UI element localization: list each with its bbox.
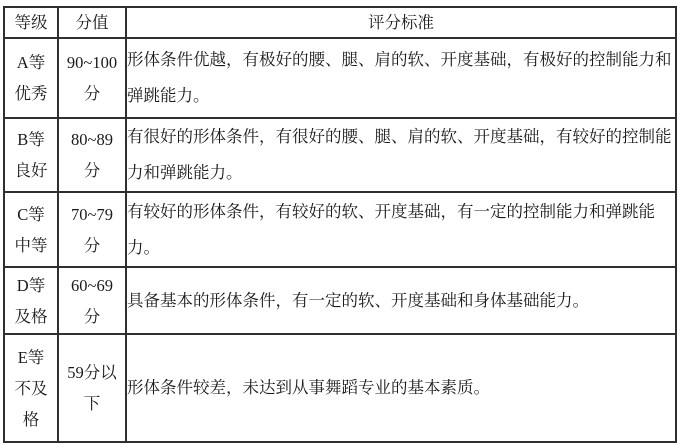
criteria-cell: 形体条件优越，有极好的腰、腿、肩的软、开度基础，有极好的控制能力和弹跳能力。 xyxy=(126,38,676,118)
table-row-grade-b: B等 良好 80~89 分 有很好的形体条件，有很好的腰、腿、肩的软、开度基础，… xyxy=(4,118,676,192)
table-header-row: 等级 分值 评分标准 xyxy=(4,7,676,38)
score-cell: 70~79 分 xyxy=(58,192,126,267)
header-score: 分值 xyxy=(58,7,126,38)
header-grade: 等级 xyxy=(4,7,58,38)
grade-cell: E等 不及 格 xyxy=(4,334,58,442)
table-row-grade-c: C等 中等 70~79 分 有较好的形体条件，有较好的软、开度基础，有一定的控制… xyxy=(4,192,676,267)
table-row-grade-e: E等 不及 格 59分以 下 形体条件较差，未达到从事舞蹈专业的基本素质。 xyxy=(4,334,676,442)
criteria-cell: 有较好的形体条件，有较好的软、开度基础，有一定的控制能力和弹跳能力。 xyxy=(126,192,676,267)
criteria-cell: 具备基本的形体条件，有一定的软、开度基础和身体基础能力。 xyxy=(126,267,676,334)
grading-rubric-table: 等级 分值 评分标准 A等 优秀 90~100 分 形体条件优越，有极好的腰、腿… xyxy=(3,6,677,443)
grade-cell: A等 优秀 xyxy=(4,38,58,118)
criteria-cell: 有很好的形体条件，有很好的腰、腿、肩的软、开度基础，有较好的控制能力和弹跳能力。 xyxy=(126,118,676,192)
grade-cell: D等 及格 xyxy=(4,267,58,334)
score-cell: 80~89 分 xyxy=(58,118,126,192)
score-cell: 59分以 下 xyxy=(58,334,126,442)
score-cell: 60~69 分 xyxy=(58,267,126,334)
grade-cell: B等 良好 xyxy=(4,118,58,192)
grade-cell: C等 中等 xyxy=(4,192,58,267)
table-row-grade-d: D等 及格 60~69 分 具备基本的形体条件，有一定的软、开度基础和身体基础能… xyxy=(4,267,676,334)
criteria-cell: 形体条件较差，未达到从事舞蹈专业的基本素质。 xyxy=(126,334,676,442)
table-row-grade-a: A等 优秀 90~100 分 形体条件优越，有极好的腰、腿、肩的软、开度基础，有… xyxy=(4,38,676,118)
score-cell: 90~100 分 xyxy=(58,38,126,118)
header-criteria: 评分标准 xyxy=(126,7,676,38)
